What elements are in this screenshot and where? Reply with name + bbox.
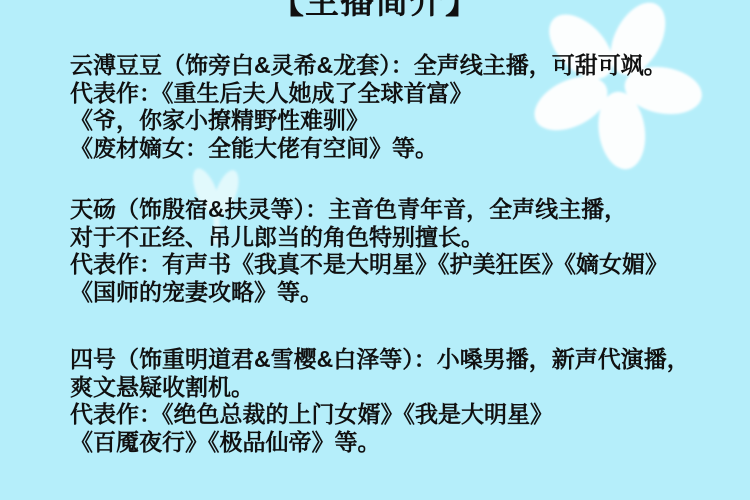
intro-line: 《废材嫡女：全能大佬有空间》等。 [70, 135, 720, 163]
intro-line: 对于不正经、吊儿郎当的角色特别擅长。 [70, 224, 720, 252]
intro-line: 《百魇夜行》《极品仙帝》等。 [70, 429, 720, 457]
broadcaster-intro-2: 天砀（饰殷宿&扶灵等）：主音色青年音，全声线主播， 对于不正经、吊儿郎当的角色特… [70, 196, 720, 306]
intro-line: 四号（饰重明道君&雪樱&白泽等）：小嗓男播，新声代演播， [70, 346, 720, 374]
page-title: 【主播简介】 [0, 0, 750, 19]
intro-line: 天砀（饰殷宿&扶灵等）：主音色青年音，全声线主播， [70, 196, 720, 224]
intro-line: 爽文悬疑收割机。 [70, 374, 720, 402]
intro-line: 云溥豆豆（饰旁白&灵希&龙套）：全声线主播，可甜可飒。 [70, 52, 720, 80]
poster-canvas: 【主播简介】 云溥豆豆（饰旁白&灵希&龙套）：全声线主播，可甜可飒。 代表作：《… [0, 0, 750, 500]
broadcaster-intro-1: 云溥豆豆（饰旁白&灵希&龙套）：全声线主播，可甜可飒。 代表作：《重生后夫人她成… [70, 52, 720, 162]
intro-line: 代表作：《重生后夫人她成了全球首富》 [70, 80, 720, 108]
intro-line: 《爷，你家小撩精野性难驯》 [70, 107, 720, 135]
intro-line: 代表作：《绝色总裁的上门女婿》《我是大明星》 [70, 401, 720, 429]
intro-line: 《国师的宠妻攻略》等。 [70, 279, 720, 307]
intro-line: 代表作：有声书《我真不是大明星》《护美狂医》《嫡女媚》 [70, 251, 720, 279]
broadcaster-intro-3: 四号（饰重明道君&雪樱&白泽等）：小嗓男播，新声代演播， 爽文悬疑收割机。 代表… [70, 346, 720, 456]
